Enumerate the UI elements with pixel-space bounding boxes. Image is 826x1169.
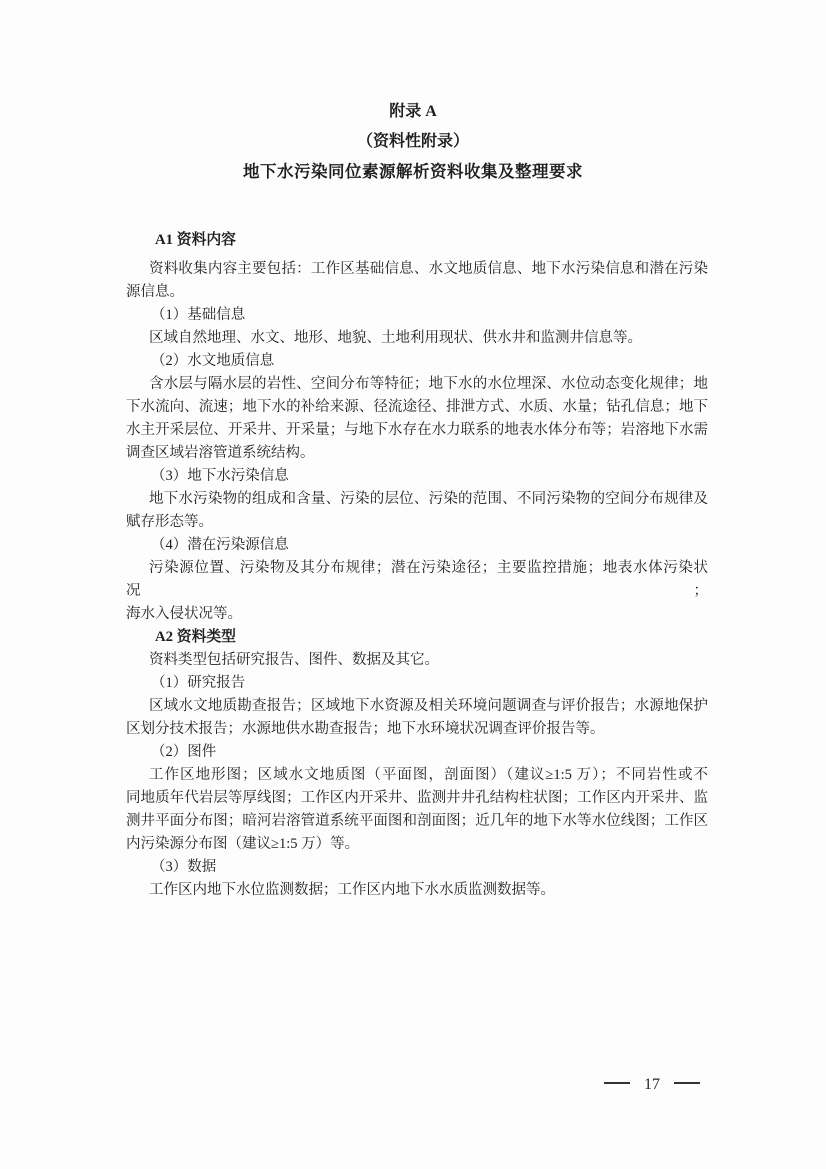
paragraph-line: 海水入侵状况等。 [126,603,708,626]
paragraph: 资料类型包括研究报告、图件、数据及其它。 [126,649,708,672]
page-dash-right-icon [674,1082,700,1084]
paragraph-line: 下水流向、流速；地下水的补给来源、径流途径、排泄方式、水质、水量；钻孔信息；地下 [126,396,708,419]
paragraph-line: 资料类型包括研究报告、图件、数据及其它。 [126,649,708,672]
paragraph-line: 同地质年代岩层等厚线图；工作区内开采井、监测井井孔结构柱状图；工作区内开采井、监 [126,787,708,810]
list-item: （1）研究报告 [126,672,708,695]
paragraph-line: 含水层与隔水层的岩性、空间分布等特征；地下水的水位埋深、水位动态变化规律；地 [126,373,708,396]
page-number: 17 [604,1073,700,1097]
paragraph-line: 区划分技术报告；水源地供水勘查报告；地下水环境状况调查评价报告等。 [126,718,708,741]
paragraph-line: 调查区域岩溶管道系统结构。 [126,442,708,465]
document-body: A1 资料内容 资料收集内容主要包括：工作区基础信息、水文地质信息、地下水污染信… [126,229,708,902]
paragraph-line: 工作区内地下水位监测数据；工作区内地下水水质监测数据等。 [126,879,708,902]
list-item: （4）潜在污染源信息 [126,534,708,557]
list-item: （1）基础信息 [126,304,708,327]
list-item: （3）数据 [126,856,708,879]
paragraph-line: 资料收集内容主要包括：工作区基础信息、水文地质信息、地下水污染信息和潜在污染 [126,258,708,281]
paragraph: 工作区内地下水位监测数据；工作区内地下水水质监测数据等。 [126,879,708,902]
list-item: （2）图件 [126,741,708,764]
paragraph: 工作区地形图；区域水文地质图（平面图，剖面图）（建议≥1:5 万）；不同岩性或不… [126,764,708,856]
document-page: 附录 A （资料性附录） 地下水污染同位素源解析资料收集及整理要求 A1 资料内… [0,0,826,1169]
page-number-value: 17 [644,1076,660,1093]
paragraph-line: 区域水文地质勘查报告；区域地下水资源及相关环境问题调查与评价报告；水源地保护 [126,695,708,718]
appendix-type-label: （资料性附录） [0,130,826,154]
paragraph-line: 区域自然地理、水文、地形、地貌、土地利用现状、供水井和监测井信息等。 [126,327,708,350]
list-item: （3）地下水污染信息 [126,465,708,488]
paragraph-line: 工作区地形图；区域水文地质图（平面图，剖面图）（建议≥1:5 万）；不同岩性或不 [126,764,708,787]
paragraph-line: 赋存形态等。 [126,511,708,534]
list-item: （2）水文地质信息 [126,350,708,373]
paragraph: 污染源位置、污染物及其分布规律；潜在污染途径；主要监控措施；地表水体污染状况； … [126,557,708,626]
paragraph-line: 污染源位置、污染物及其分布规律；潜在污染途径；主要监控措施；地表水体污染状况； [126,557,708,603]
section-heading-a2: A2 资料类型 [155,626,708,649]
paragraph-line: 源信息。 [126,281,708,304]
paragraph: 资料收集内容主要包括：工作区基础信息、水文地质信息、地下水污染信息和潜在污染 源… [126,258,708,304]
page-dash-left-icon [604,1082,630,1084]
paragraph-line: 地下水污染物的组成和含量、污染的层位、污染的范围、不同污染物的空间分布规律及 [126,488,708,511]
paragraph-line: 内污染源分布图（建议≥1:5 万）等。 [126,833,708,856]
document-title: 地下水污染同位素源解析资料收集及整理要求 [0,160,826,184]
paragraph: 区域自然地理、水文、地形、地貌、土地利用现状、供水井和监测井信息等。 [126,327,708,350]
paragraph: 区域水文地质勘查报告；区域地下水资源及相关环境问题调查与评价报告；水源地保护 区… [126,695,708,741]
paragraph: 含水层与隔水层的岩性、空间分布等特征；地下水的水位埋深、水位动态变化规律；地 下… [126,373,708,465]
paragraph-line: 测井平面分布图；暗河岩溶管道系统平面图和剖面图；近几年的地下水等水位线图；工作区 [126,810,708,833]
appendix-label: 附录 A [0,100,826,124]
paragraph-line: 水主开采层位、开采井、开采量；与地下水存在水力联系的地表水体分布等；岩溶地下水需 [126,419,708,442]
section-heading-a1: A1 资料内容 [155,229,708,252]
paragraph: 地下水污染物的组成和含量、污染的层位、污染的范围、不同污染物的空间分布规律及 赋… [126,488,708,534]
